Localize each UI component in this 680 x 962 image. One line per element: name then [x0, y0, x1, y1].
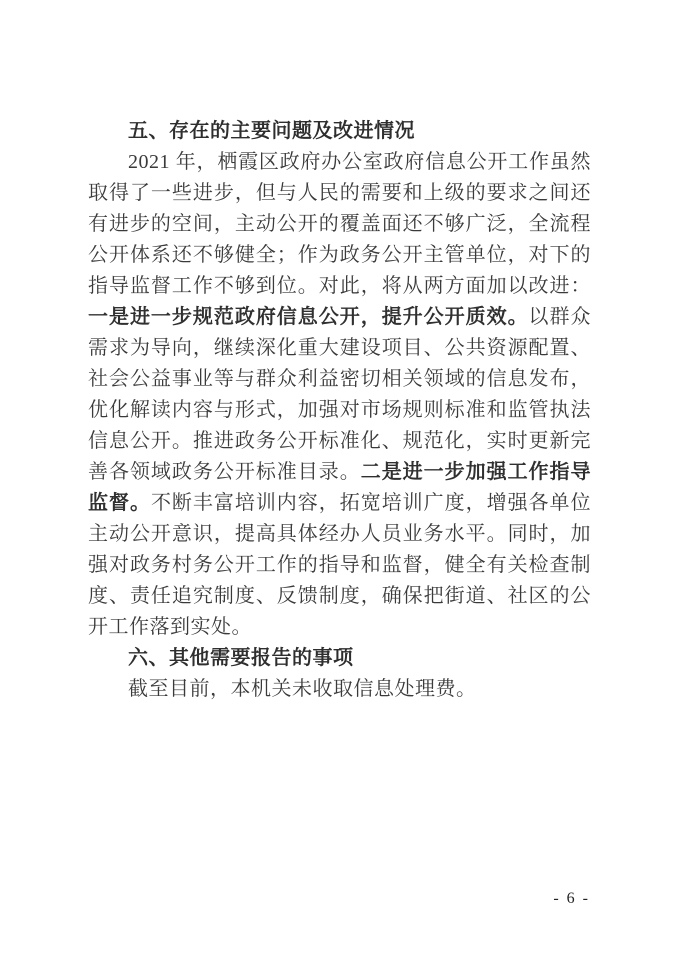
section-5-heading: 五、存在的主要问题及改进情况 — [88, 116, 591, 147]
section-5-paragraph: 2021 年，栖霞区政府办公室政府信息公开工作虽然取得了一些进步，但与人民的需要… — [88, 147, 591, 643]
text-segment: 2021 年，栖霞区政府办公室政府信息公开工作虽然取得了一些进步，但与人民的需要… — [88, 151, 591, 297]
text-segment: 以群众需求为导向，继续深化重大建设项目、公共资源配置、社会公益事业等与群众利益密… — [88, 306, 591, 483]
document-page: 五、存在的主要问题及改进情况 2021 年，栖霞区政府办公室政府信息公开工作虽然… — [0, 0, 680, 962]
document-content: 五、存在的主要问题及改进情况 2021 年，栖霞区政府办公室政府信息公开工作虽然… — [88, 116, 591, 705]
text-segment: 不断丰富培训内容，拓宽培训广度，增强各单位主动公开意识，提高具体经办人员业务水平… — [88, 492, 591, 638]
page-number: - 6 - — [553, 890, 590, 908]
bold-text-segment-point-one: 一是进一步规范政府信息公开，提升公开质效。 — [88, 306, 529, 328]
section-6-heading: 六、其他需要报告的事项 — [88, 643, 591, 674]
section-6-paragraph: 截至目前，本机关未收取信息处理费。 — [88, 674, 591, 705]
